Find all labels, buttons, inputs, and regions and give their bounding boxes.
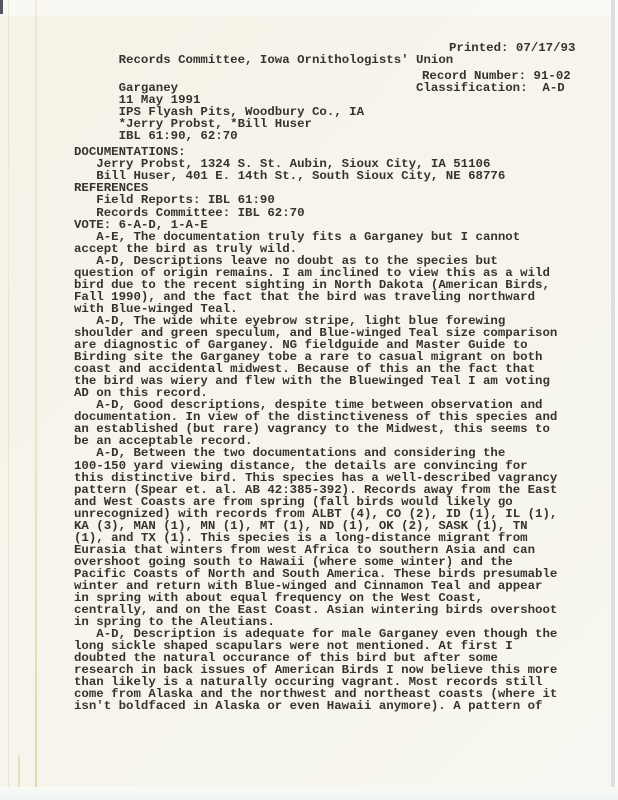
classification: Classification: A-D (416, 82, 565, 94)
document-body: DOCUMENTATIONS: Jerry Probst, 1324 S. St… (74, 146, 618, 712)
printed-date: Printed: 07/17/93 (449, 42, 575, 54)
header-row-organization: Records Committee, Iowa Ornithologists' … (74, 42, 618, 54)
header-row-ibl: IBL 61:90, 62:70 (74, 118, 618, 130)
scan-artifact-corner-mark (0, 0, 3, 14)
ibl-reference: IBL 61:90, 62:70 (119, 129, 238, 143)
document-page: Records Committee, Iowa Ornithologists' … (0, 0, 618, 800)
header-row-date: 11 May 1991 Classification: A-D (74, 82, 618, 94)
scan-artifact-bottom-band (0, 787, 618, 800)
scan-artifact-top-band (0, 0, 618, 16)
org-title: Records Committee, Iowa Ornithologists' … (119, 53, 454, 67)
header-row-location: IPS Flyash Pits, Woodbury Co., IA (74, 94, 618, 106)
header-row-observers: *Jerry Probst, *Bill Huser (74, 106, 618, 118)
typewritten-content: Records Committee, Iowa Ornithologists' … (0, 42, 618, 712)
